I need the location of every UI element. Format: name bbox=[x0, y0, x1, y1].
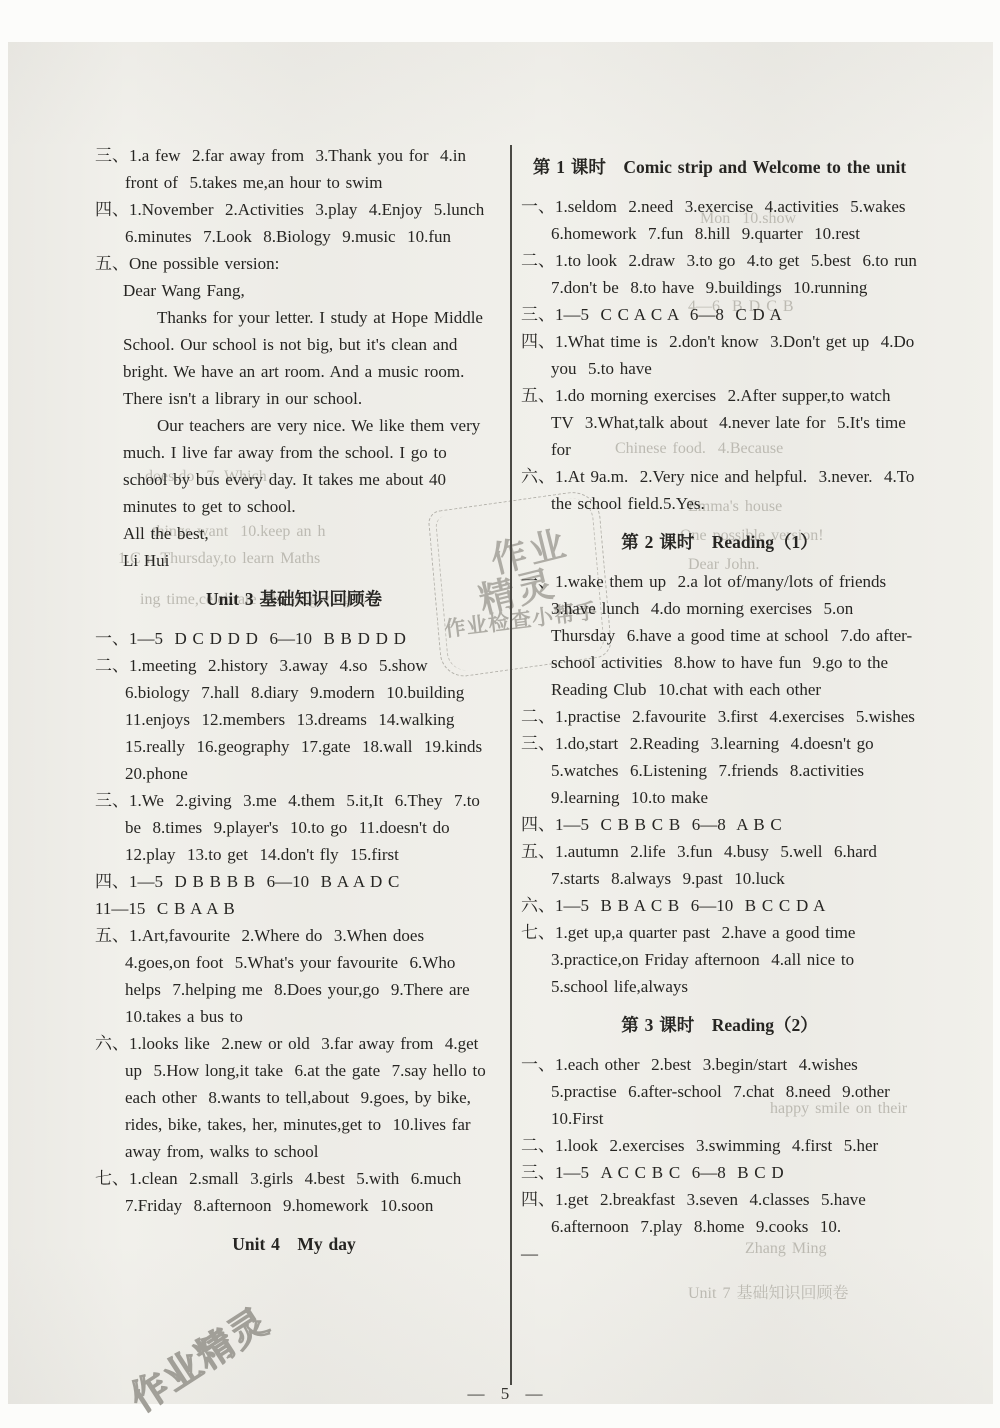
answer-block: 一、1.wake them up 2.a lot of/many/lots of… bbox=[521, 568, 918, 703]
answer-block: 三、1.do,start 2.Reading 3.learning 4.does… bbox=[521, 730, 918, 811]
answer-block: 五、One possible version: bbox=[95, 250, 493, 277]
answer-block: 三、1—5 C C A C A 6—8 C D A bbox=[521, 301, 918, 328]
answer-block: All the best, bbox=[95, 520, 493, 547]
scanned-page: 作业 精灵 作业检查小帮手 作业精灵 does.do 7. Whichthing… bbox=[8, 42, 993, 1404]
left-column: 三、1.a few 2.far away from 3.Thank you fo… bbox=[95, 142, 493, 1270]
answer-block: 二、1.look 2.exercises 3.swimming 4.first … bbox=[521, 1132, 918, 1159]
section-heading: Unit 3 基础知识回顾卷 bbox=[95, 586, 493, 613]
answer-block: 五、1.Art,favourite 2.Where do 3.When does… bbox=[95, 922, 493, 1030]
answer-block: 11—15 C B A A B bbox=[95, 895, 493, 922]
answer-block: 二、1.practise 2.favourite 3.first 4.exerc… bbox=[521, 703, 918, 730]
ghost-text: Unit 7 基础知识回顾卷 bbox=[688, 1280, 848, 1303]
answer-block: 四、1.What time is 2.don't know 3.Don't ge… bbox=[521, 328, 918, 382]
answer-block: Thanks for your letter. I study at Hope … bbox=[95, 304, 493, 412]
answer-block: 六、1—5 B B A C B 6—10 B C C D A bbox=[521, 892, 918, 919]
answer-block: 七、1.clean 2.small 3.girls 4.best 5.with … bbox=[95, 1165, 493, 1219]
answer-block: 四、1—5 C B B C B 6—8 A B C bbox=[521, 811, 918, 838]
answer-block: 三、1.a few 2.far away from 3.Thank you fo… bbox=[95, 142, 493, 196]
answer-block: 二、1.to look 2.draw 3.to go 4.to get 5.be… bbox=[521, 247, 918, 301]
answer-block: Dear Wang Fang, bbox=[95, 277, 493, 304]
answer-block: 三、1—5 A C C B C 6—8 B C D bbox=[521, 1159, 918, 1186]
column-divider bbox=[510, 145, 512, 1385]
answer-block: 五、1.do morning exercises 2.After supper,… bbox=[521, 382, 918, 463]
answer-block: 六、1.At 9a.m. 2.Very nice and helpful. 3.… bbox=[521, 463, 918, 517]
answer-block: — bbox=[521, 1240, 918, 1267]
section-heading: 第 3 课时 Reading（2） bbox=[521, 1012, 918, 1039]
page-number: — 5 — bbox=[8, 1384, 1000, 1404]
answer-block: 四、1—5 D B B B B 6—10 B A A D C bbox=[95, 868, 493, 895]
answer-block: 一、1—5 D C D D D 6—10 B B D D D bbox=[95, 625, 493, 652]
right-column: 第 1 课时 Comic strip and Welcome to the un… bbox=[521, 142, 918, 1267]
answer-block: Our teachers are very nice. We like them… bbox=[95, 412, 493, 520]
answer-block: 一、1.seldom 2.need 3.exercise 4.activitie… bbox=[521, 193, 918, 247]
answer-block: 五、1.autumn 2.life 3.fun 4.busy 5.well 6.… bbox=[521, 838, 918, 892]
section-heading: 第 2 课时 Reading（1） bbox=[521, 529, 918, 556]
answer-block: 四、1.get 2.breakfast 3.seven 4.classes 5.… bbox=[521, 1186, 918, 1240]
answer-block: 四、1.November 2.Activities 3.play 4.Enjoy… bbox=[95, 196, 493, 250]
answer-block: 六、1.looks like 2.new or old 3.far away f… bbox=[95, 1030, 493, 1165]
answer-block: 二、1.meeting 2.history 3.away 4.so 5.show… bbox=[95, 652, 493, 787]
answer-block: 七、1.get up,a quarter past 2.have a good … bbox=[521, 919, 918, 1000]
answer-block: 一、1.each other 2.best 3.begin/start 4.wi… bbox=[521, 1051, 918, 1132]
section-heading: 第 1 课时 Comic strip and Welcome to the un… bbox=[521, 154, 918, 181]
section-heading: Unit 4 My day bbox=[95, 1231, 493, 1258]
answer-block: Li Hui bbox=[95, 547, 493, 574]
answer-block: 三、1.We 2.giving 3.me 4.them 5.it,It 6.Th… bbox=[95, 787, 493, 868]
